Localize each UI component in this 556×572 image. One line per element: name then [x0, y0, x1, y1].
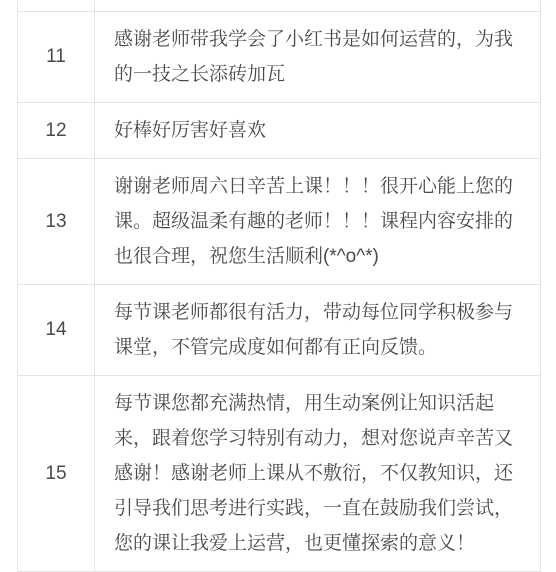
table-row: 12好棒好厉害好喜欢	[18, 103, 540, 159]
row-index-cell: 11	[18, 12, 95, 102]
row-index-cell	[18, 0, 95, 11]
comment-text: 好棒好厉害好喜欢	[114, 113, 266, 148]
row-comment-cell: 好棒好厉害好喜欢	[95, 103, 540, 158]
comment-text: 每节课您都充满热情，用生动案例让知识活起来，跟着您学习特别有动力，想对您说声辛苦…	[114, 386, 521, 561]
row-comment-cell: 谢谢老师周六日辛苦上课！！！很开心能上您的课。超级温柔有趣的老师！！！课程内容安…	[95, 159, 540, 284]
comment-text: 感谢老师带我学会了小红书是如何运营的，为我的一技之长添砖加瓦	[114, 22, 521, 92]
row-comment-cell: 每节课老师都很有活力，带动每位同学积极参与课堂，不管完成度如何都有正向反馈。	[95, 285, 540, 375]
comments-table: 11感谢老师带我学会了小红书是如何运营的，为我的一技之长添砖加瓦12好棒好厉害好…	[17, 0, 541, 563]
table-row: 13谢谢老师周六日辛苦上课！！！很开心能上您的课。超级温柔有趣的老师！！！课程内…	[18, 159, 540, 285]
comment-text: 每节课老师都很有活力，带动每位同学积极参与课堂，不管完成度如何都有正向反馈。	[114, 295, 521, 365]
row-index-cell: 15	[18, 376, 95, 563]
comment-text: 谢谢老师周六日辛苦上课！！！很开心能上您的课。超级温柔有趣的老师！！！课程内容安…	[114, 169, 521, 274]
table-row: 15每节课您都充满热情，用生动案例让知识活起来，跟着您学习特别有动力，想对您说声…	[18, 376, 540, 563]
row-index-cell: 13	[18, 159, 95, 284]
row-comment-cell: 感谢老师带我学会了小红书是如何运营的，为我的一技之长添砖加瓦	[95, 12, 540, 102]
table-row: 14每节课老师都很有活力，带动每位同学积极参与课堂，不管完成度如何都有正向反馈。	[18, 285, 540, 376]
row-index-cell: 12	[18, 103, 95, 158]
row-comment-cell: 每节课您都充满热情，用生动案例让知识活起来，跟着您学习特别有动力，想对您说声辛苦…	[95, 376, 540, 563]
row-index-cell: 14	[18, 285, 95, 375]
table-row-partial-top	[18, 0, 540, 12]
table-row: 11感谢老师带我学会了小红书是如何运营的，为我的一技之长添砖加瓦	[18, 12, 540, 103]
